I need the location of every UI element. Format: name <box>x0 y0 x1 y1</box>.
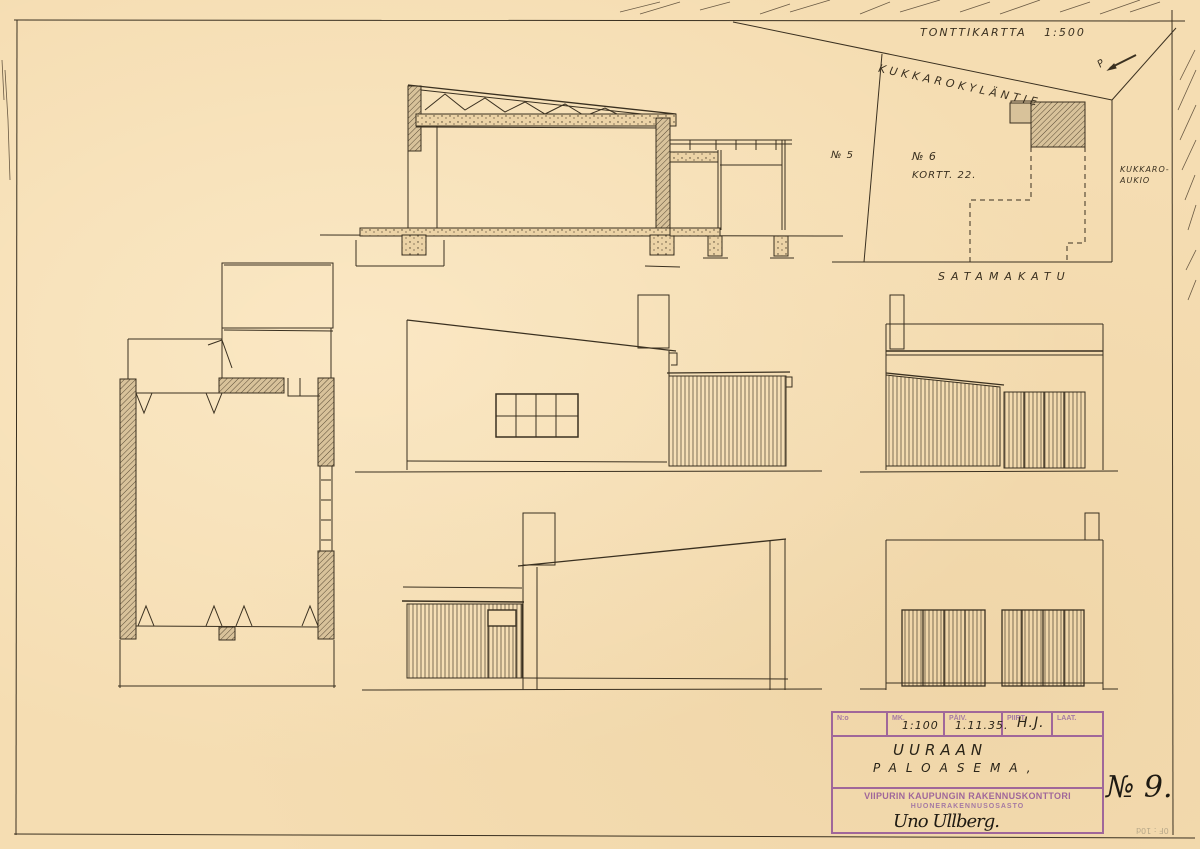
title-block-stamp: N:o MK. 1:100 PÄIV. 1.11.35. PIIRT. H.J.… <box>831 711 1104 834</box>
elevation-side-annex <box>362 513 822 690</box>
street-label-east-1: KUKKARO- <box>1120 165 1170 174</box>
lot-block-label: KORTT. 22. <box>912 170 976 181</box>
sheet-number: № 9. <box>1106 770 1173 805</box>
street-label-east-2: AUKIO <box>1120 176 1150 185</box>
checked-label: LAAT. <box>1057 715 1076 722</box>
margin-scribbles <box>2 0 1196 300</box>
lot-label-main: № 6 <box>912 150 937 163</box>
project-title-line2: PALOASEMA, <box>873 761 1040 775</box>
street-label-south: SATAMAKATU <box>938 270 1071 283</box>
elevation-side-window <box>355 295 822 472</box>
department-name: HUONERAKENNUSOSASTO <box>833 803 1102 810</box>
scale-value: 1:100 <box>902 719 939 732</box>
site-plan <box>733 22 1176 262</box>
stamp-divider <box>833 787 1102 789</box>
pencil-note: 0F : 10d <box>1136 826 1169 835</box>
organization-name: VIIPURIN KAUPUNGIN RAKENNUSKONTTORI <box>833 791 1102 801</box>
site-plan-title: TONTTIKARTTA 1:500 <box>920 26 1086 39</box>
elevation-front-garage <box>860 513 1118 690</box>
elevation-end-shed <box>860 295 1118 472</box>
signature: Uno Ullberg. <box>893 811 999 832</box>
north-arrow-icon <box>1108 55 1136 70</box>
title-block-checked-cell: LAAT. <box>1053 713 1104 735</box>
drawing-sheet: TONTTIKARTTA 1:500 KUKKAROKYLÄNTIE P № 5… <box>0 0 1200 849</box>
title-block-date-cell: PÄIV. 1.11.35. <box>945 713 1003 735</box>
drawn-value: H.J. <box>1017 715 1045 731</box>
floor-plan <box>118 263 336 688</box>
title-block-scale-cell: MK. 1:100 <box>888 713 945 735</box>
date-value: 1.11.35. <box>955 719 1008 732</box>
lot-label-west: № 5 <box>831 150 854 161</box>
project-title-line1: UURAAN <box>893 741 987 759</box>
title-block-header-row: N:o MK. 1:100 PÄIV. 1.11.35. PIIRT. H.J.… <box>833 713 1102 737</box>
building-section <box>320 85 820 267</box>
no-label: N:o <box>837 715 849 722</box>
title-block-no-cell: N:o <box>833 713 888 735</box>
site-plan-title-text: TONTTIKARTTA <box>920 26 1027 39</box>
title-block-drawn-cell: PIIRT. H.J. <box>1003 713 1053 735</box>
site-plan-scale: 1:500 <box>1044 26 1086 39</box>
